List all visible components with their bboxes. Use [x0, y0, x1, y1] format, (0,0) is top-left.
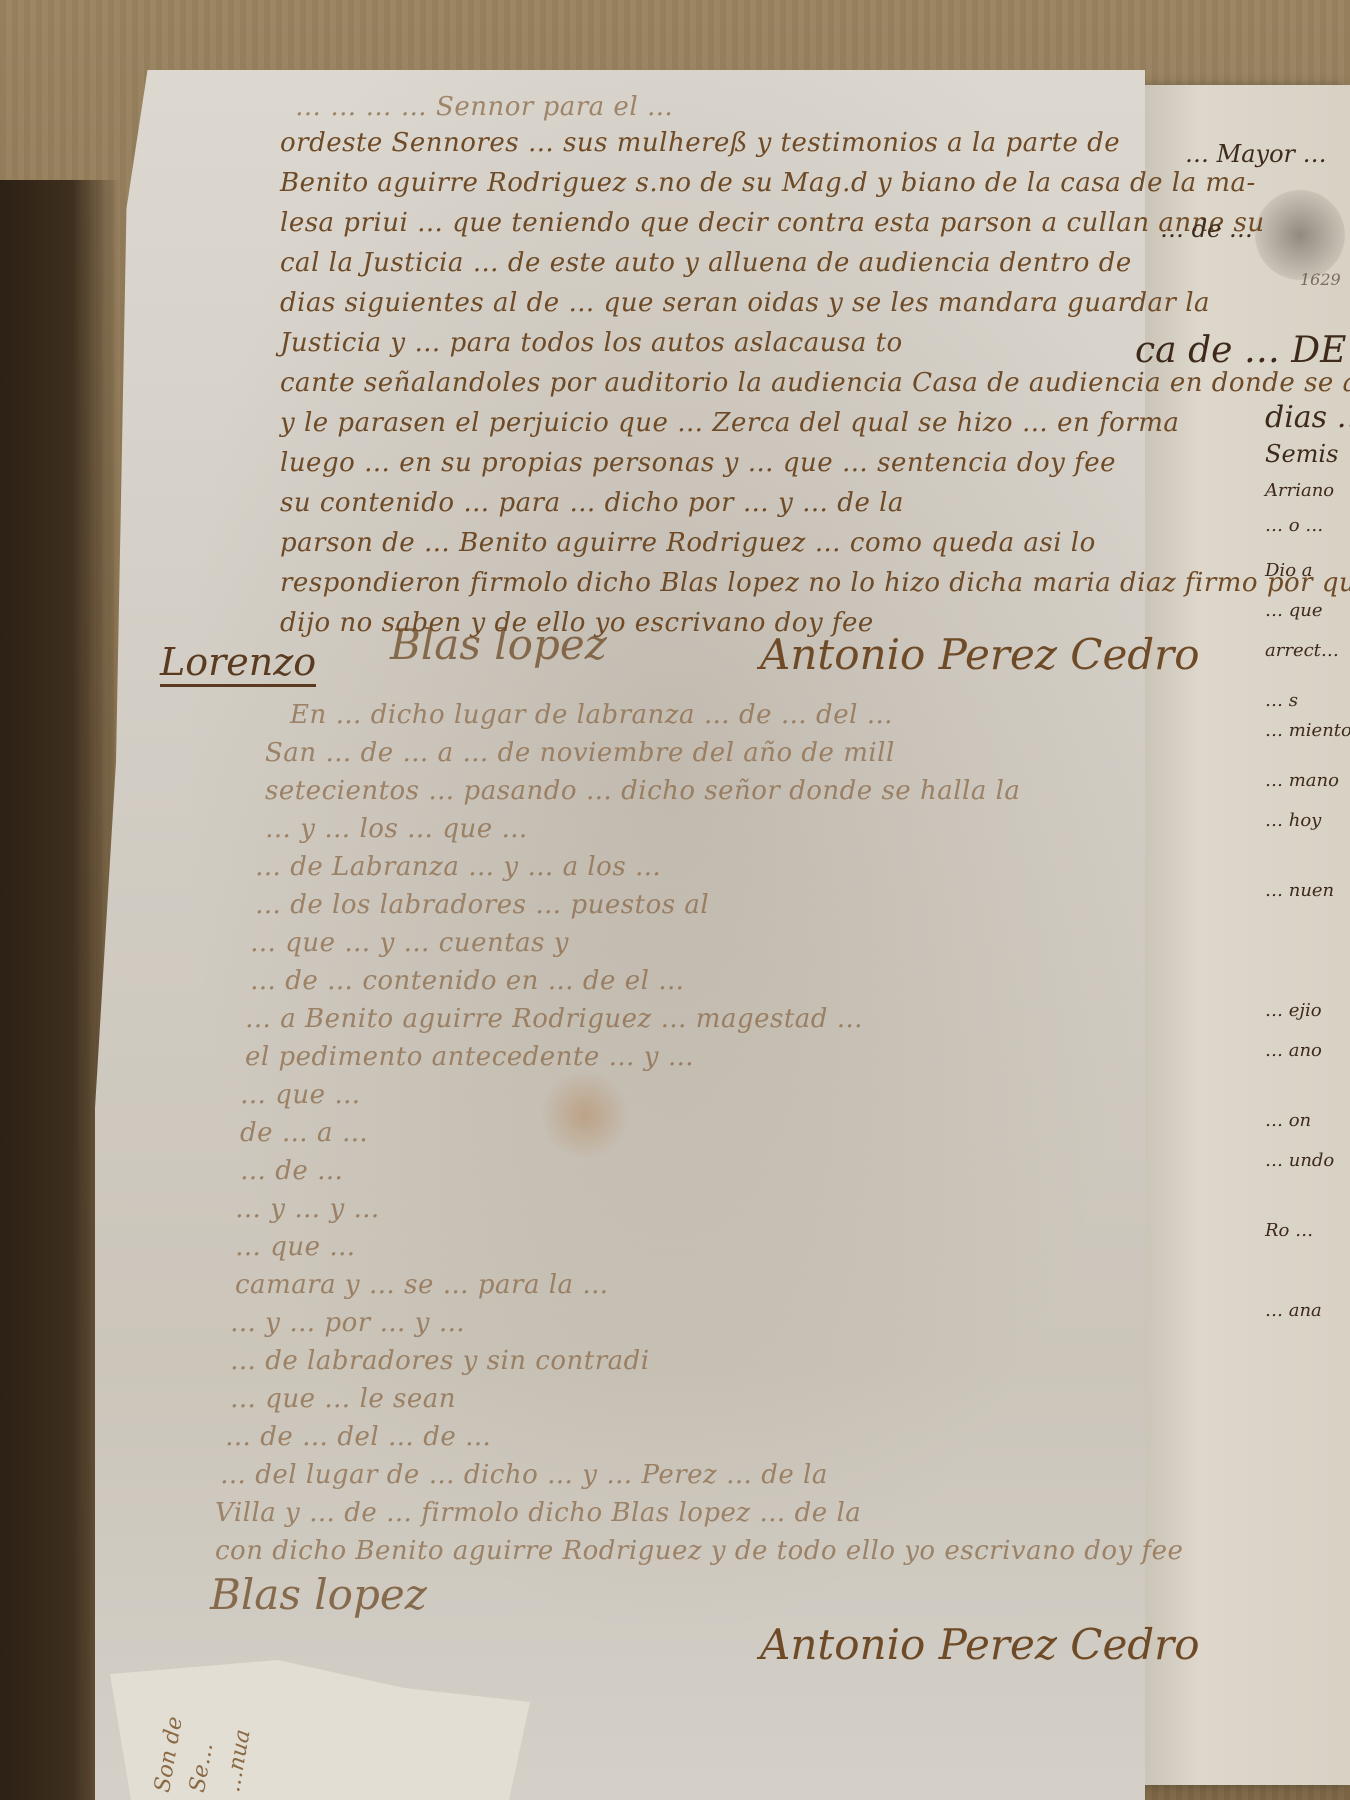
- text-line: camara y … se … para la …: [235, 1270, 609, 1300]
- text-line: … a Benito aguirre Rodriguez … magestad …: [245, 1004, 863, 1034]
- text-line: … que … y … cuentas y: [250, 928, 569, 958]
- text-fragment: Arriano: [1265, 480, 1334, 501]
- text-line: ordeste Sennores … sus mulhereß y testim…: [280, 128, 1120, 158]
- text-line: … y … por … y …: [230, 1308, 465, 1338]
- text-fragment: … ejio: [1265, 1000, 1322, 1021]
- seal-stamp: [1255, 190, 1345, 280]
- text-fragment: … hoy: [1265, 810, 1321, 831]
- text-fragment: … s: [1265, 690, 1298, 711]
- text-fragment: … mano: [1265, 770, 1339, 791]
- text-fragment: … que: [1265, 600, 1323, 621]
- text-fragment: … miento: [1265, 720, 1350, 741]
- text-line: … de …: [240, 1156, 344, 1186]
- text-line: … que … le sean: [230, 1384, 456, 1414]
- text-fragment: Semis: [1265, 440, 1338, 468]
- text-line: dias siguientes al de … que seran oidas …: [280, 288, 1210, 318]
- text-fragment: arrect…: [1265, 640, 1339, 661]
- text-line: San … de … a … de noviembre del año de m…: [265, 738, 895, 768]
- text-line: … que …: [235, 1232, 356, 1262]
- text-fragment: dias …: [1265, 400, 1350, 435]
- text-fragment: ca de … DE: [1135, 330, 1346, 371]
- stamp-number: 1629: [1300, 270, 1341, 289]
- text-line: … … … … Sennor para el …: [295, 92, 673, 122]
- text-line: lesa priui … que teniendo que decir cont…: [280, 208, 1265, 238]
- text-line: … y … y …: [235, 1194, 380, 1224]
- text-line: setecientos … pasando … dicho señor dond…: [265, 776, 1020, 806]
- text-line: de … a …: [240, 1118, 368, 1148]
- text-line: … que …: [240, 1080, 361, 1110]
- signature: Antonio Perez Cedro: [760, 1620, 1200, 1669]
- text-line: … de … del … de …: [225, 1422, 492, 1452]
- text-line: el pedimento antecedente … y …: [245, 1042, 694, 1072]
- text-line: cante señalandoles por auditorio la audi…: [280, 368, 1350, 398]
- signature: Blas lopez: [210, 1570, 427, 1619]
- text-line: … de labradores y sin contradi: [230, 1346, 650, 1376]
- text-line: respondieron firmolo dicho Blas lopez no…: [280, 568, 1350, 598]
- text-fragment: … nuen: [1265, 880, 1334, 901]
- text-line: Benito aguirre Rodriguez s.no de su Mag.…: [280, 168, 1256, 198]
- text-line: … de los labradores … puestos al: [255, 890, 709, 920]
- text-line: cal la Justicia … de este auto y alluena…: [280, 248, 1132, 278]
- text-line: … y … los … que …: [265, 814, 528, 844]
- text-fragment: … ano: [1265, 1040, 1322, 1061]
- text-line: … de Labranza … y … a los …: [255, 852, 661, 882]
- ink-stain: [540, 1070, 630, 1160]
- text-fragment: … de …: [1160, 215, 1253, 243]
- signature: Antonio Perez Cedro: [760, 630, 1200, 679]
- text-fragment: … Mayor …: [1185, 140, 1327, 168]
- signature: Blas lopez: [390, 620, 607, 669]
- text-line: y le parasen el perjuicio que … Zerca de…: [280, 408, 1179, 438]
- text-line: con dicho Benito aguirre Rodriguez y de …: [215, 1536, 1183, 1566]
- text-line: En … dicho lugar de labranza … de … del …: [290, 700, 893, 730]
- text-fragment: … o …: [1265, 515, 1323, 536]
- text-line: Justicia y … para todos los autos aslaca…: [280, 328, 903, 358]
- text-line: Villa y … de … firmolo dicho Blas lopez …: [215, 1498, 861, 1528]
- text-line: luego … en su propias personas y … que ……: [280, 448, 1116, 478]
- text-fragment: … ana: [1265, 1300, 1322, 1321]
- text-fragment: … on: [1265, 1110, 1311, 1131]
- margin-heading: Lorenzo: [160, 640, 316, 687]
- text-line: … del lugar de … dicho … y … Perez … de …: [220, 1460, 828, 1490]
- text-fragment: Dio a: [1265, 560, 1312, 581]
- text-line: parson de … Benito aguirre Rodriguez … c…: [280, 528, 1096, 558]
- text-fragment: … undo: [1265, 1150, 1334, 1171]
- text-line: su contenido … para … dicho por … y … de…: [280, 488, 904, 518]
- text-fragment: Ro …: [1265, 1220, 1313, 1241]
- text-line: … de … contenido en … de el …: [250, 966, 685, 996]
